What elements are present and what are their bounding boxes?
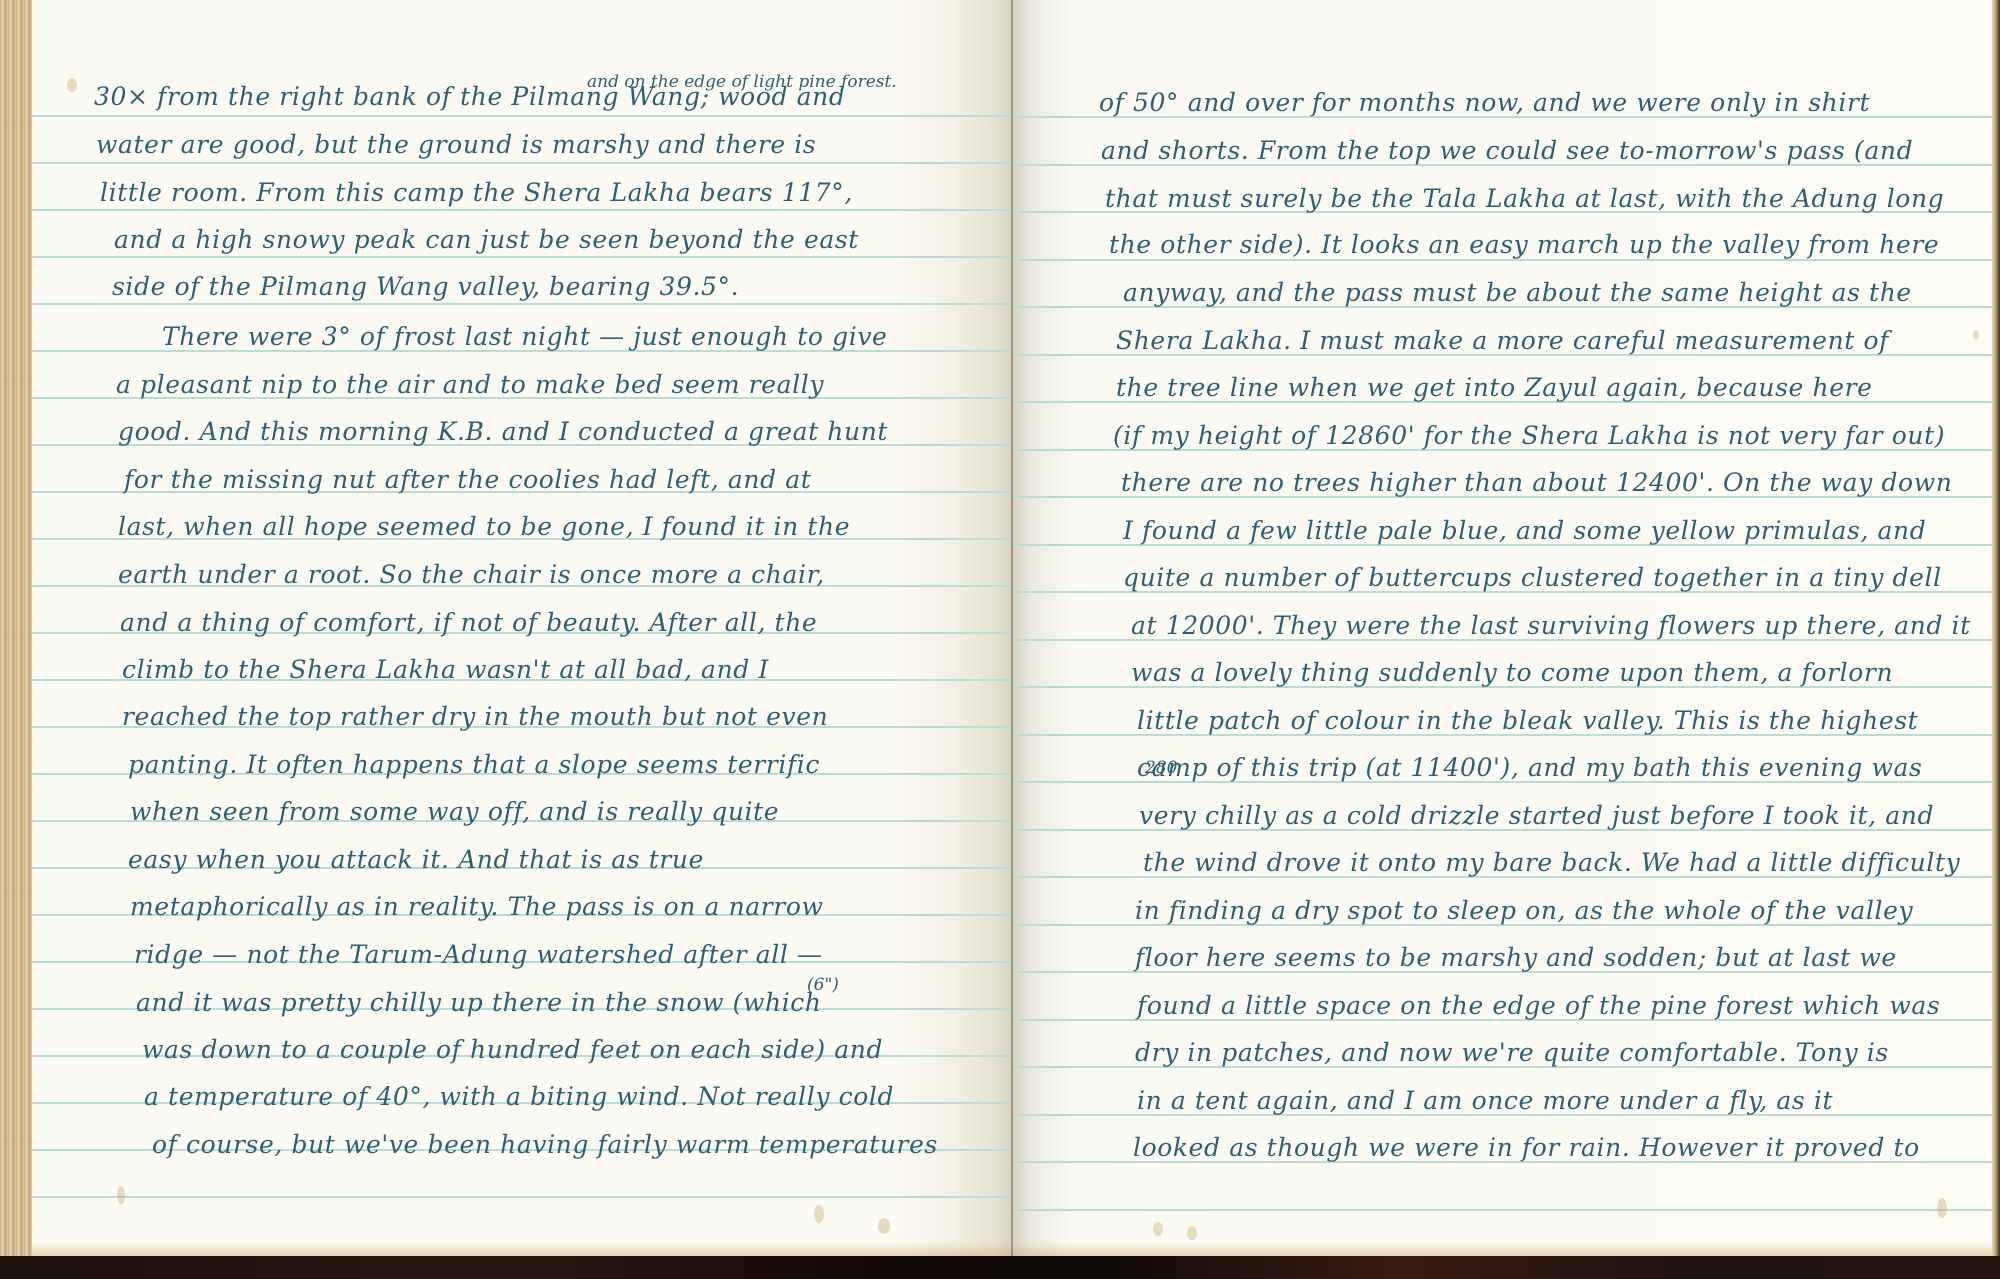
handwritten-line: camp of this trip (at 11400'), and my ba… [1137, 753, 1922, 782]
handwritten-line: the other side). It looks an easy march … [1109, 230, 1939, 259]
handwritten-line: that must surely be the Tala Lakha at la… [1105, 184, 1944, 213]
handwritten-line: There were 3° of frost last night — just… [162, 322, 887, 351]
handwritten-line: and it was pretty chilly up there in the… [136, 988, 822, 1017]
ruled-line [32, 1196, 1013, 1198]
handwritten-line: climb to the Shera Lakha wasn't at all b… [122, 655, 769, 684]
paper-stain [1153, 1222, 1163, 1236]
handwritten-line: easy when you attack it. And that is as … [128, 845, 704, 874]
handwritten-line: little patch of colour in the bleak vall… [1137, 706, 1918, 735]
right-page: 280 of 50° and over for months now, and … [1013, 0, 1992, 1256]
handwritten-line: and shorts. From the top we could see to… [1101, 136, 1913, 165]
handwritten-line: Shera Lakha. I must make a more careful … [1116, 326, 1889, 355]
book-cover-edge [0, 1256, 2000, 1279]
page-stack-edge-right [1992, 0, 2000, 1256]
handwritten-line: looked as though we were in for rain. Ho… [1133, 1133, 1920, 1162]
handwritten-line: and a thing of comfort, if not of beauty… [120, 608, 817, 637]
handwritten-line: there are no trees higher than about 124… [1121, 468, 1952, 497]
handwritten-line: ridge — not the Tarum-Adung watershed af… [134, 940, 823, 969]
handwritten-line: (if my height of 12860' for the Shera La… [1113, 421, 1945, 450]
handwritten-line: was a lovely thing suddenly to come upon… [1131, 658, 1893, 687]
handwritten-line: metaphorically as in reality. The pass i… [130, 892, 824, 921]
handwritten-line: of course, but we've been having fairly … [152, 1130, 938, 1159]
ruled-line [32, 303, 1013, 305]
handwritten-line: anyway, and the pass must be about the s… [1123, 278, 1912, 307]
ruled-line [1013, 259, 1992, 261]
handwritten-line: a temperature of 40°, with a biting wind… [144, 1082, 894, 1111]
ruled-line [32, 115, 1013, 117]
handwritten-line: the wind drove it onto my bare back. We … [1143, 848, 1960, 877]
paper-stain [67, 78, 77, 92]
page-bottom-foxing [1013, 1242, 1992, 1256]
left-page: and on the edge of light pine forest. (6… [32, 0, 1013, 1256]
ruled-line [32, 209, 1013, 211]
handwritten-line: water are good, but the ground is marshy… [96, 130, 816, 159]
ruled-line [32, 256, 1013, 258]
handwritten-line: for the missing nut after the coolies ha… [124, 465, 811, 494]
paper-stain [117, 1186, 125, 1204]
handwritten-line: I found a few little pale blue, and some… [1123, 516, 1926, 545]
paper-stain [1937, 1198, 1947, 1218]
handwritten-line: good. And this morning K.B. and I conduc… [118, 417, 888, 446]
handwritten-line: in finding a dry spot to sleep on, as th… [1135, 896, 1913, 925]
paper-stain [1973, 330, 1979, 340]
handwritten-line: very chilly as a cold drizzle started ju… [1139, 801, 1934, 830]
handwritten-line: the tree line when we get into Zayul aga… [1116, 373, 1873, 402]
handwritten-line: last, when all hope seemed to be gone, I… [118, 512, 850, 541]
ruled-line [32, 162, 1013, 164]
handwritten-line: and a high snowy peak can just be seen b… [114, 225, 859, 254]
page-stack-edge-left [0, 0, 32, 1256]
paper-stain [1187, 1226, 1197, 1240]
handwritten-line: side of the Pilmang Wang valley, bearing… [112, 272, 739, 301]
paper-stain [878, 1218, 890, 1234]
handwritten-line: dry in patches, and now we're quite comf… [1135, 1038, 1889, 1067]
handwritten-line: panting. It often happens that a slope s… [128, 750, 820, 779]
handwritten-line: 30× from the right bank of the Pilmang W… [94, 82, 845, 111]
page-bottom-foxing [32, 1242, 1013, 1256]
handwritten-line: a pleasant nip to the air and to make be… [116, 370, 824, 399]
handwritten-line: in a tent again, and I am once more unde… [1137, 1086, 1833, 1115]
handwritten-line: found a little space on the edge of the … [1137, 991, 1940, 1020]
handwritten-line: earth under a root. So the chair is once… [118, 560, 825, 589]
notebook-spread: and on the edge of light pine forest. (6… [0, 0, 2000, 1279]
handwritten-line: reached the top rather dry in the mouth … [122, 702, 828, 731]
ruled-line [1013, 1209, 1992, 1211]
handwritten-line: little room. From this camp the Shera La… [100, 178, 853, 207]
paper-stain [814, 1205, 824, 1223]
handwritten-line: when seen from some way off, and is real… [130, 797, 779, 826]
handwritten-line: at 12000'. They were the last surviving … [1131, 611, 1971, 640]
handwritten-line: quite a number of buttercups clustered t… [1123, 563, 1942, 592]
handwritten-line: floor here seems to be marshy and sodden… [1135, 943, 1897, 972]
handwritten-line: of 50° and over for months now, and we w… [1099, 88, 1870, 117]
handwritten-line: was down to a couple of hundred feet on … [142, 1035, 883, 1064]
